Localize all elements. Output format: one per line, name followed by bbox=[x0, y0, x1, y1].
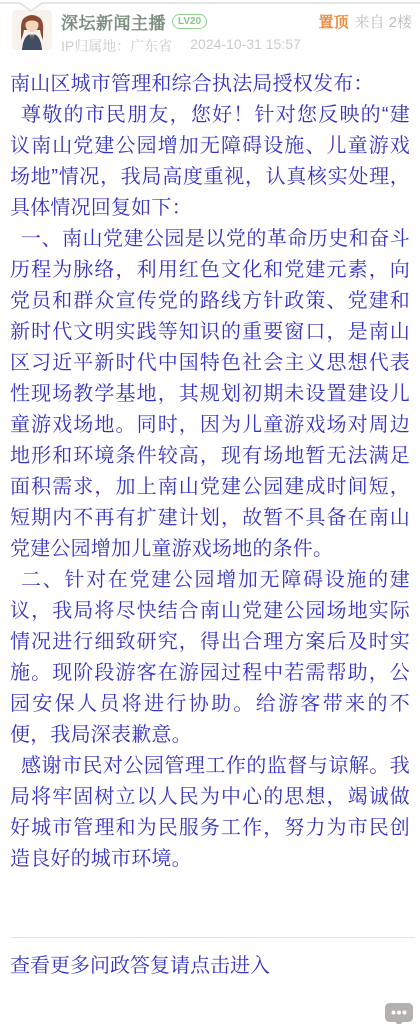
name-row: 深坛新闻主播 LV20 置顶 来自 2楼 bbox=[61, 10, 412, 32]
meta-row: IP归属地：广东省 2024-10-31 15:57 bbox=[61, 36, 412, 56]
floor-label: 来自 2楼 bbox=[354, 11, 412, 32]
collapse-notch-icon bbox=[0, 0, 420, 12]
paragraph-point-1: 一、南山党建公园是以党的革命历史和奋斗历程为脉络，利用红色文化和党建元素，向党员… bbox=[10, 224, 410, 565]
paragraph-closing: 感谢市民对公园管理工作的监督与谅解。我局将牢固树立以人民为中心的思想，竭诚做好城… bbox=[10, 751, 410, 875]
reply-body: 南山区城市管理和综合执法局授权发布： 尊敬的市民朋友，您好！针对您反映的“建议南… bbox=[10, 69, 410, 875]
level-badge: LV20 bbox=[172, 14, 207, 29]
avatar[interactable] bbox=[12, 10, 52, 50]
paragraph-point-2: 二、针对在党建公园增加无障碍设施的建议，我局将尽快结合南山党建公园场地实际情况进… bbox=[10, 565, 410, 751]
pinned-badge: 置顶 bbox=[318, 11, 348, 32]
divider bbox=[10, 937, 415, 938]
comment-icon[interactable] bbox=[384, 1002, 414, 1024]
paragraph-greeting: 尊敬的市民朋友，您好！针对您反映的“建议南山党建公园增加无障碍设施、儿童游戏场地… bbox=[10, 100, 410, 224]
paragraph-title: 南山区城市管理和综合执法局授权发布： bbox=[10, 69, 410, 100]
forum-reply-card: 深坛新闻主播 LV20 置顶 来自 2楼 IP归属地：广东省 2024-10-3… bbox=[0, 0, 420, 1024]
more-replies-link[interactable]: 查看更多问政答复请点击进入 bbox=[10, 949, 270, 978]
ip-location-label: IP归属地：广东省 bbox=[61, 36, 172, 56]
header-main: 深坛新闻主播 LV20 置顶 来自 2楼 IP归属地：广东省 2024-10-3… bbox=[61, 10, 412, 56]
post-timestamp: 2024-10-31 15:57 bbox=[190, 36, 301, 56]
